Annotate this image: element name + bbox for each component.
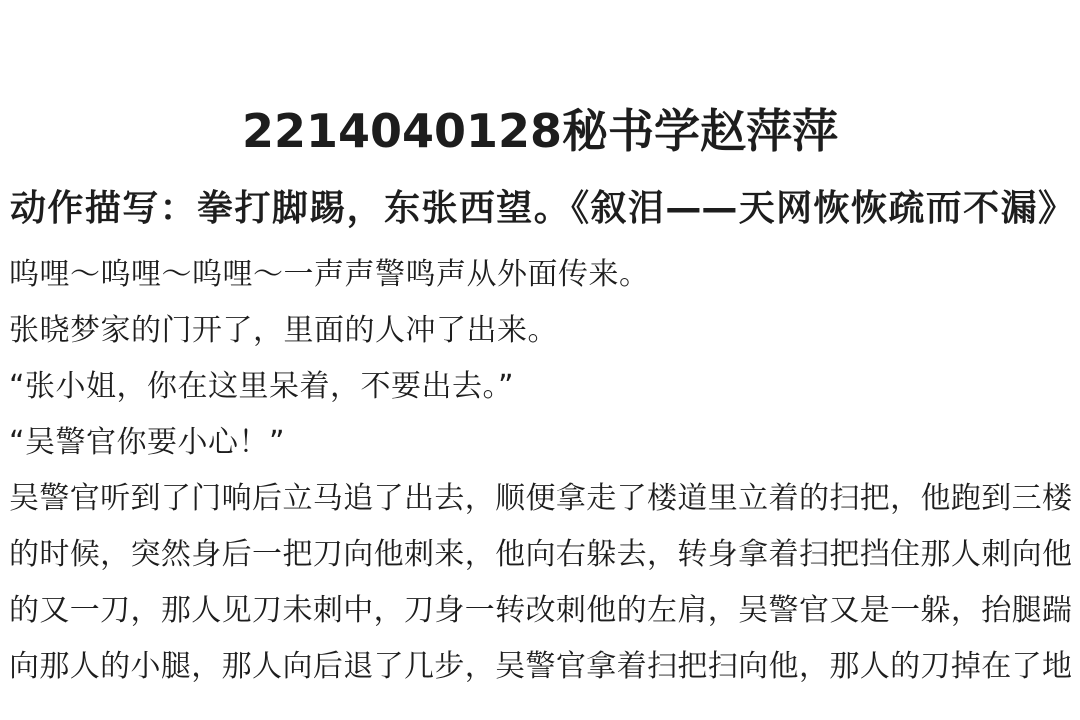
document-body: 呜哩～呜哩～呜哩～一声声警鸣声从外面传来。 张晓梦家的门开了，里面的人冲了出来。… bbox=[9, 247, 1072, 695]
text-line-door-opens: 张晓梦家的门开了，里面的人冲了出来。 bbox=[9, 303, 1072, 359]
text-line-paragraph-4: 向那人的小腿，那人向后退了几步，吴警官拿着扫把扫向他，那人的刀掉在了地 bbox=[9, 639, 1072, 695]
text-line-siren: 呜哩～呜哩～呜哩～一声声警鸣声从外面传来。 bbox=[9, 247, 1072, 303]
document-subtitle: 动作描写：拳打脚踢，东张西望。《叙泪——天网恢恢疏而不漏》 bbox=[10, 182, 1074, 236]
text-line-dialogue-miss-zhang: “张小姐，你在这里呆着，不要出去。” bbox=[9, 359, 1072, 415]
text-line-paragraph-2: 的时候，突然身后一把刀向他刺来，他向右躲去，转身拿着扫把挡住那人刺向他 bbox=[9, 527, 1072, 583]
document-page: 2214040128秘书学赵萍萍 动作描写：拳打脚踢，东张西望。《叙泪——天网恢… bbox=[0, 0, 1080, 720]
text-line-paragraph-1: 吴警官听到了门响后立马追了出去，顺便拿走了楼道里立着的扫把，他跑到三楼 bbox=[9, 471, 1072, 527]
document-title: 2214040128秘书学赵萍萍 bbox=[0, 100, 1080, 162]
text-line-dialogue-officer-wu: “吴警官你要小心！” bbox=[9, 415, 1072, 471]
text-line-paragraph-3: 的又一刀，那人见刀未刺中，刀身一转改刺他的左肩，吴警官又是一躲，抬腿踹 bbox=[9, 583, 1072, 639]
